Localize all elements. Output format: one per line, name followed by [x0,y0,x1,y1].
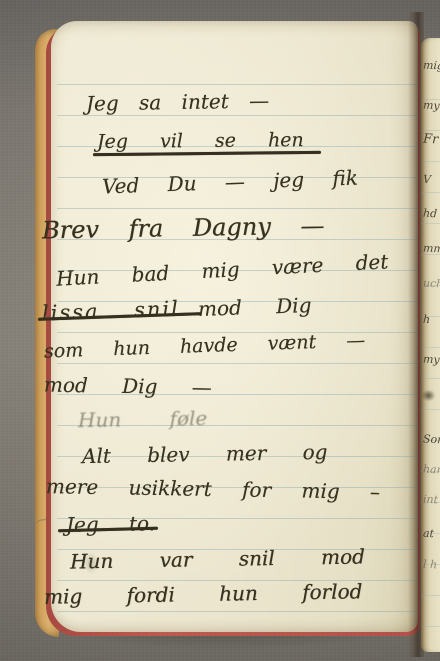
handwriting-fragment: Fr [423,133,439,147]
ruled-lines [421,68,440,628]
handwriting-line: Hun var snil mod [70,546,365,571]
handwriting-line: Jeg sa intet — [86,90,269,113]
handwriting-fragment: h [423,314,431,325]
handwriting-line: Hun bad mig være det [56,251,389,288]
handwriting-fragment: my [423,354,440,366]
handwriting-line: Brev fra Dagny — [42,214,325,243]
notebook-photo: Jeg sa intet — Jeg vil se hen Ved Du — j… [0,0,440,661]
handwriting-fragment: int [423,494,439,506]
handwriting-fragment: Som [423,433,440,445]
handwriting-line-struck: Jeg to. [66,513,155,535]
ink-smudge [422,390,435,401]
handwriting-line: mod Dig — [44,375,212,398]
handwriting-word-struck: lissa snil [42,299,181,325]
handwriting-word: mod Dig [198,295,312,319]
handwriting-line-struck: Jeg vil se hen [97,131,304,152]
pencil-smudge: ⁓ [34,509,56,528]
handwriting-fragment: uch [423,277,440,289]
right-notebook-page-sliver: mig my Fr V hd mm uch h my Som han int a… [421,38,440,652]
handwriting-line: Ved Du — jeg fik [102,168,358,197]
handwriting-fragment: my [423,100,440,112]
handwriting-line: som hun havde vænt — [44,331,366,361]
handwriting-fragment: V [423,174,432,185]
handwriting-fragment: han [423,463,440,475]
handwriting-layer: Jeg sa intet — Jeg vil se hen Ved Du — j… [0,0,440,661]
handwriting-fragment: l h [423,559,438,571]
handwriting-fragment: at [423,528,435,540]
handwriting-line: mig fordi hun forlod [44,581,363,607]
handwriting-fragment: mm [423,242,440,254]
ink-smudge [84,552,98,574]
handwriting-line: mere usikkert for mig – [46,476,380,502]
handwriting-line: Alt blev mer og [82,442,328,466]
handwriting-line-smudged: Hun føle [78,408,208,430]
handwriting-fragment: hd [423,208,438,220]
handwriting-fragment: mig [423,59,440,71]
